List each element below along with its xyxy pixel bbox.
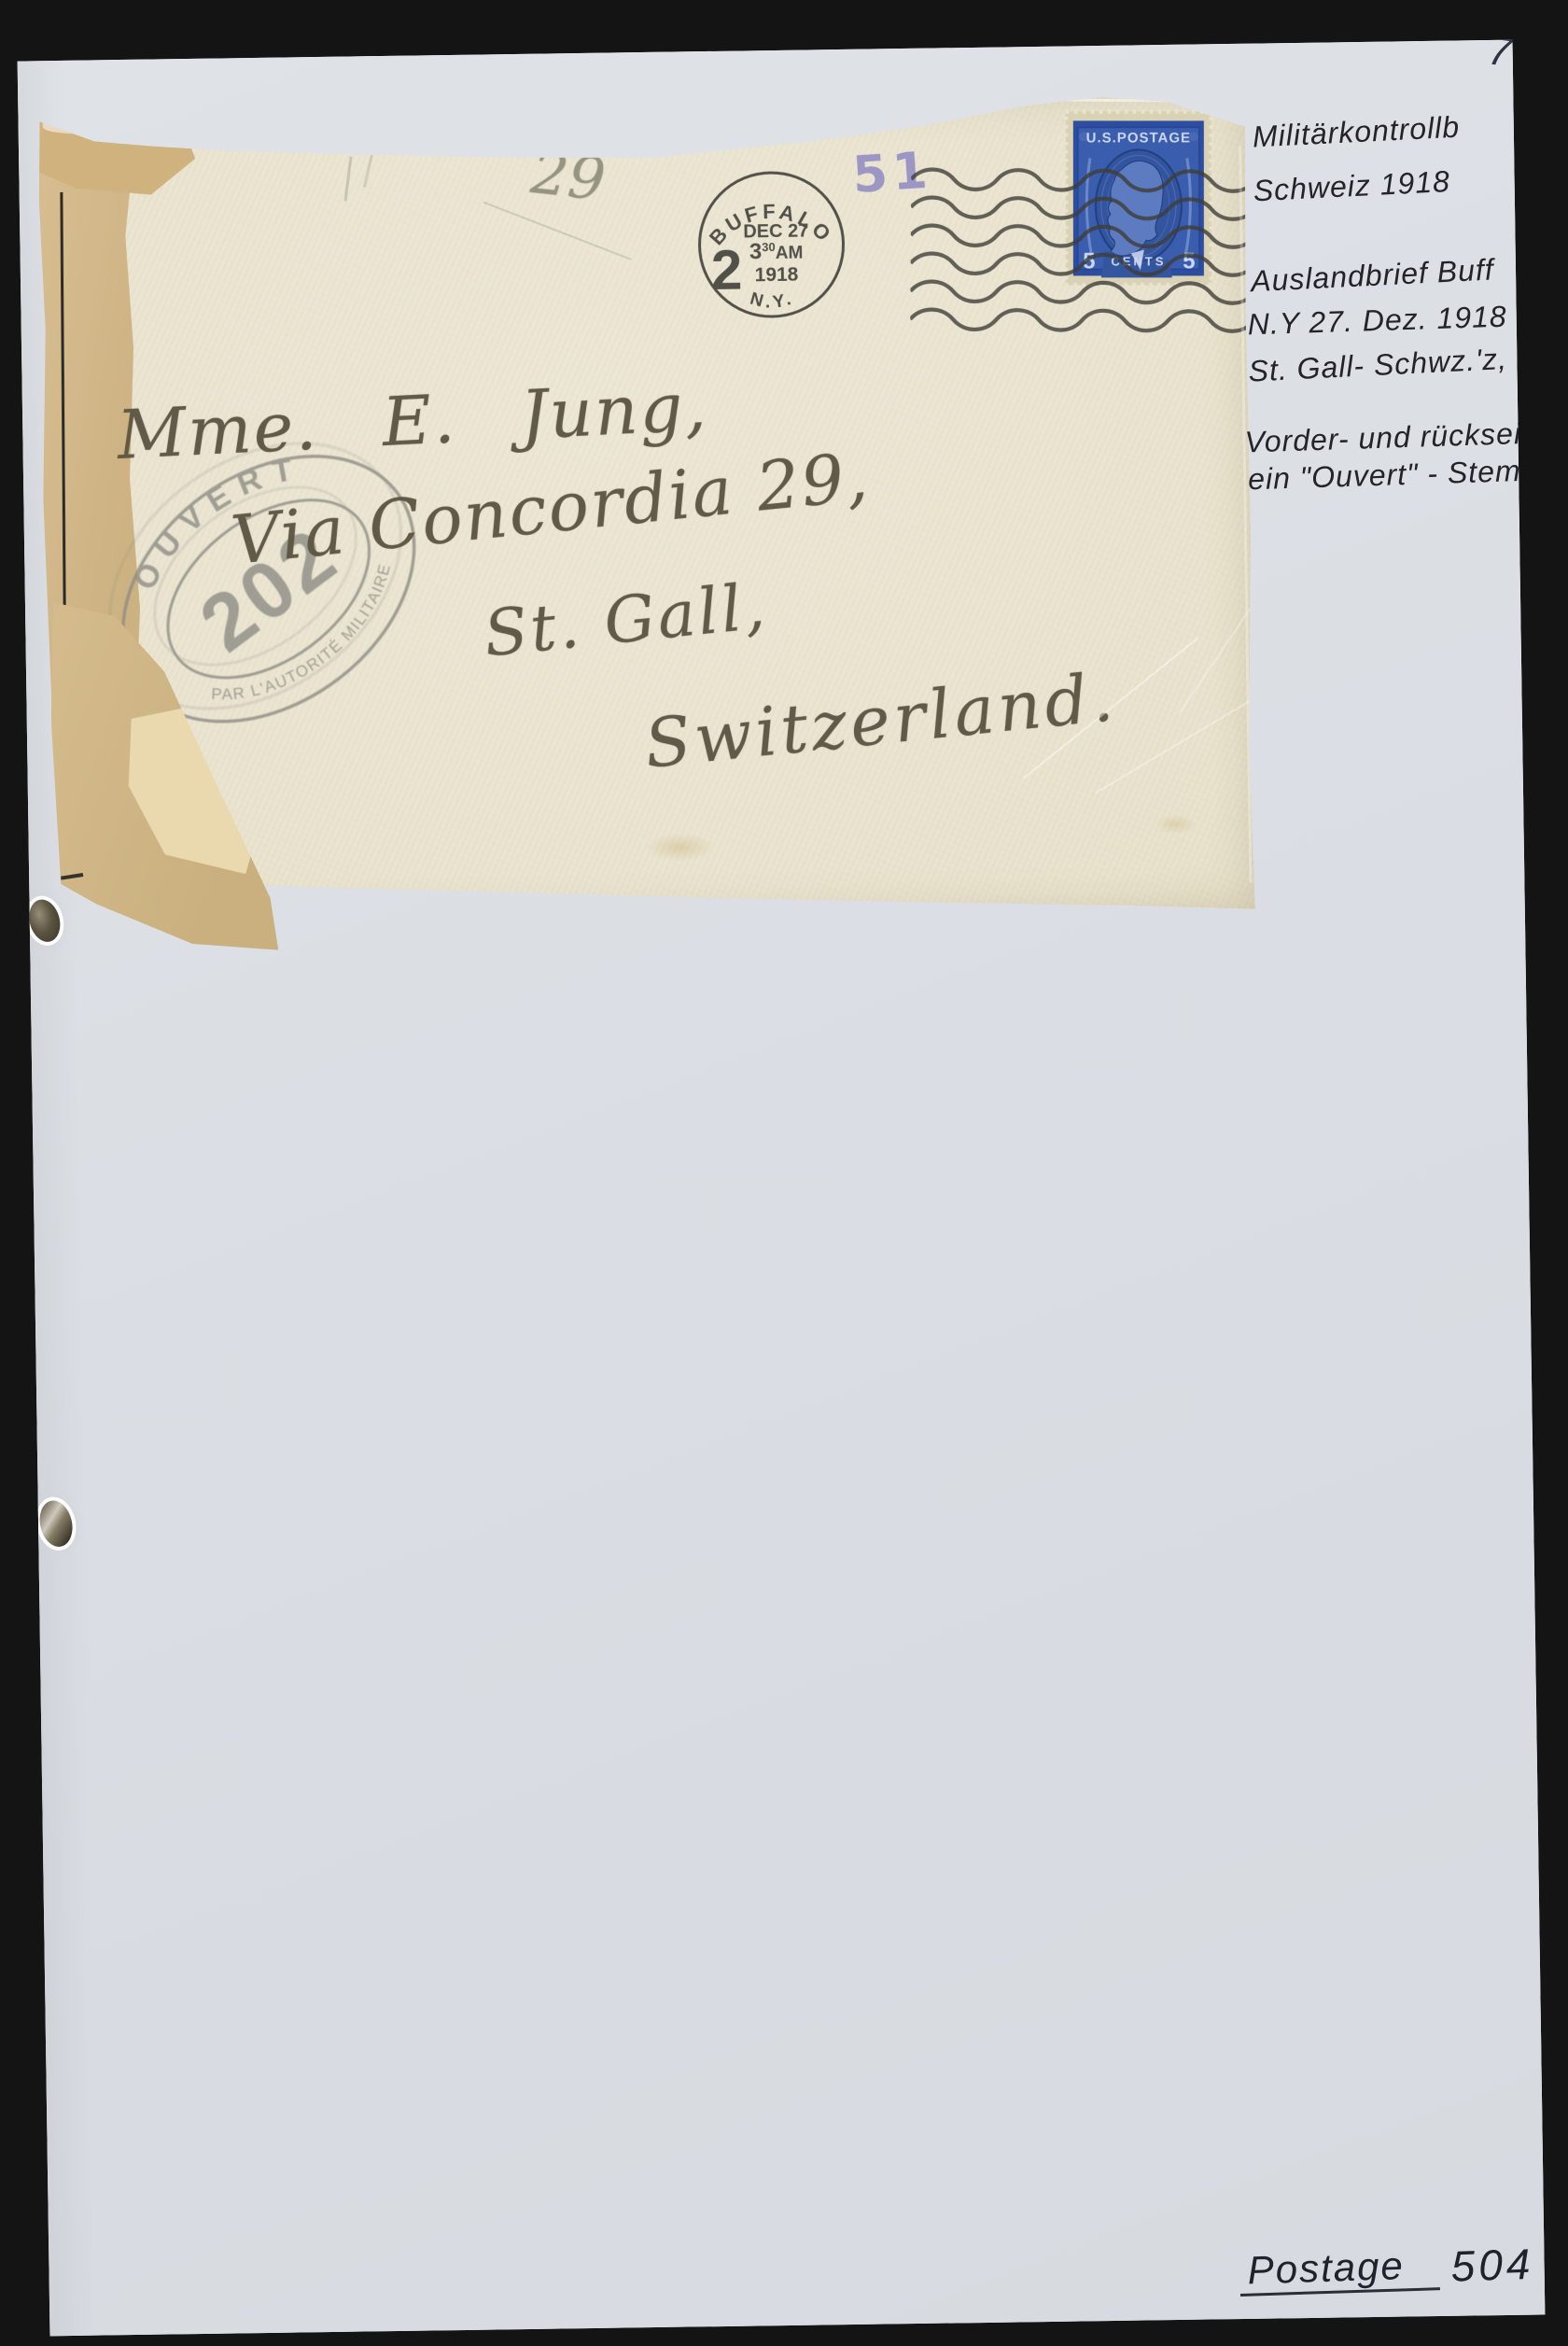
postage-number: 504: [1450, 2239, 1534, 2292]
annotation-line-7: ein "Ouvert" - Stem: [1248, 454, 1521, 497]
annotation-line-3: Auslandbrief Buff: [1250, 252, 1494, 299]
annotation-line-5: St. Gall- Schwz.'z,: [1248, 342, 1508, 389]
postage-label: Postage: [1247, 2243, 1406, 2293]
pencil-stroke: [483, 202, 632, 260]
pencil-scribble: [343, 157, 352, 202]
stamp-country-text: U.S.POSTAGE: [1086, 130, 1191, 146]
annotation-line-6: Vorder- und rückseit: [1244, 416, 1531, 460]
postmark-year: 1918: [754, 264, 798, 287]
punch-hole: [35, 1497, 77, 1550]
address-line-3: St. Gall,: [481, 569, 771, 671]
stain: [646, 833, 715, 862]
sleeve-crinkle: [1179, 588, 1265, 712]
postmark-buffalo: BUFFALO DEC 27 330AM 1918 2 N.Y.: [691, 164, 851, 325]
annotation-line-2: Schweiz 1918: [1253, 164, 1451, 208]
stain: [1154, 814, 1197, 836]
page-corner-number: 7: [1486, 40, 1516, 77]
postmark-state: N.Y.: [748, 288, 797, 313]
sleeve-edge-highlight: [952, 98, 1260, 103]
sleeve-crinkle: [1096, 696, 1257, 794]
machine-cancel-waves: [910, 159, 1266, 348]
pencil-number: 29: [528, 138, 609, 214]
album-page: 29 OUVERT 202 PAR L'AUTORITÉ MILI: [18, 40, 1546, 2337]
pencil-scribble: [363, 150, 374, 188]
address-line-1: Mme. E. Jung,: [116, 367, 710, 474]
annotation-line-4: N.Y 27. Dez. 1918 n: [1247, 299, 1534, 343]
punch-hole: [24, 896, 64, 946]
annotation-line-1: Militärkontrollb: [1252, 110, 1461, 155]
stain: [410, 126, 496, 142]
sleeve-sliver-topleft: [42, 107, 174, 136]
postmark-duplex-numeral: 2: [710, 238, 742, 301]
address-line-4: Switzerland.: [641, 657, 1120, 783]
postmark-time: 330AM: [749, 239, 804, 265]
